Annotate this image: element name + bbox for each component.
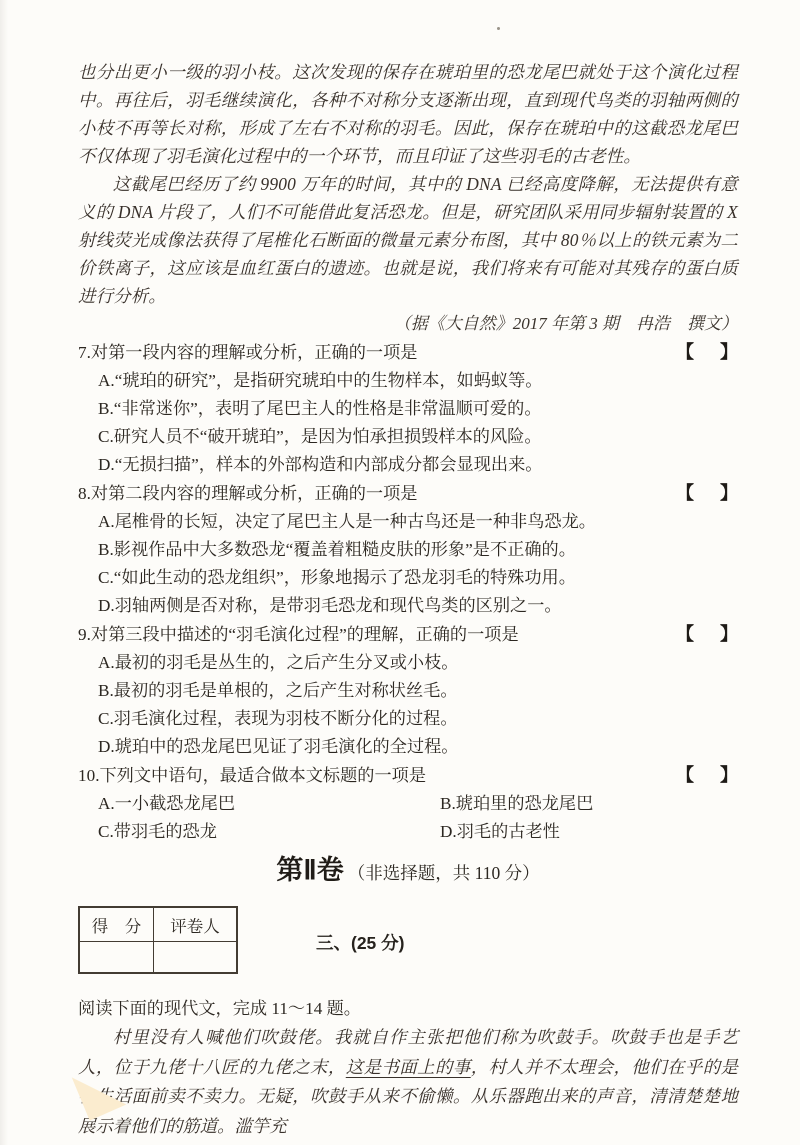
score-value-cell (79, 942, 154, 974)
passage-paragraph-1: 也分出更小一级的羽小枝。这次发现的保存在琥珀里的恐龙尾巴就处于这个演化过程中。再… (78, 58, 738, 170)
bracket-close: 】 (720, 765, 738, 785)
question-7-option-d: D.“无损扫描”，样本的外部构造和内部成分都会显现出来。 (78, 451, 738, 479)
passage-paragraph-2: 这截尾巴经历了约 9900 万年的时间，其中的 DNA 已经高度降解，无法提供有… (78, 170, 738, 310)
reading-2-instruction: 阅读下面的现代文，完成 11～14 题。 (78, 994, 738, 1023)
question-7-option-b: B.“非常迷你”，表明了尾巴主人的性格是非常温顺可爱的。 (78, 395, 738, 423)
question-10-option-b: B.琥珀里的恐龙尾巴 (420, 790, 738, 818)
section-2-title-main: 第Ⅱ卷 (276, 855, 343, 885)
scan-speck (446, 146, 448, 148)
answer-bracket: 【】 (676, 338, 738, 366)
bracket-open: 【 (676, 342, 694, 362)
question-9: 9.对第三段中描述的“羽毛演化过程”的理解，正确的一项是 【】 A.最初的羽毛是… (78, 620, 738, 761)
score-table: 得 分 评卷人 (78, 906, 238, 974)
answer-bracket: 【】 (676, 761, 738, 789)
grader-label-cell: 评卷人 (154, 907, 238, 942)
question-7-option-a: A.“琥珀的研究”，是指研究琥珀中的生物样本，如蚂蚁等。 (78, 367, 738, 395)
grader-value-cell (154, 942, 238, 974)
score-label-cell: 得 分 (79, 907, 154, 942)
part-3-label: 三、(25 分) (316, 930, 404, 955)
bracket-open: 【 (676, 624, 694, 644)
question-10-stem: 10.下列文中语句，最适合做本文标题的一项是 (78, 762, 676, 790)
question-10: 10.下列文中语句，最适合做本文标题的一项是 【】 A.一小截恐龙尾巴 B.琥珀… (78, 761, 738, 846)
question-8-stem-row: 8.对第二段内容的理解或分析，正确的一项是 【】 (78, 479, 738, 508)
reading-2-paragraph: 村里没有人喊他们吹鼓佬。我就自作主张把他们称为吹鼓手。吹鼓手也是手艺人，位于九佬… (78, 1023, 738, 1141)
question-9-option-b: B.最初的羽毛是单根的，之后产生对称状丝毛。 (78, 677, 738, 705)
question-7-stem-row: 7.对第一段内容的理解或分析，正确的一项是 【】 (78, 338, 738, 367)
section-2-heading: 第Ⅱ卷（非选择题，共 110 分） (78, 852, 738, 892)
score-table-empty-row (79, 942, 237, 974)
answer-bracket: 【】 (676, 479, 738, 507)
bracket-close: 】 (720, 342, 738, 362)
exam-paper-page: 也分出更小一级的羽小枝。这次发现的保存在琥珀里的恐龙尾巴就处于这个演化过程中。再… (0, 0, 800, 1145)
question-10-option-a: A.一小截恐龙尾巴 (78, 790, 420, 818)
question-9-stem-row: 9.对第三段中描述的“羽毛演化过程”的理解，正确的一项是 【】 (78, 620, 738, 649)
question-8-option-b: B.影视作品中大多数恐龙“覆盖着粗糙皮肤的形象”是不正确的。 (78, 536, 738, 564)
question-9-option-a: A.最初的羽毛是丛生的，之后产生分叉或小枝。 (78, 649, 738, 677)
question-8-option-c: C.“如此生动的恐龙组织”，形象地揭示了恐龙羽毛的特殊功用。 (78, 564, 738, 592)
question-7-option-c: C.研究人员不“破开琥珀”，是因为怕承担损毁样本的风险。 (78, 423, 738, 451)
question-10-option-d: D.羽毛的古老性 (420, 818, 738, 846)
question-9-stem: 9.对第三段中描述的“羽毛演化过程”的理解，正确的一项是 (78, 621, 676, 649)
score-table-header-row: 得 分 评卷人 (79, 907, 237, 942)
scan-speck (497, 27, 500, 30)
bracket-close: 】 (720, 624, 738, 644)
question-8-option-a: A.尾椎骨的长短，决定了尾巴主人是一种古鸟还是一种非鸟恐龙。 (78, 508, 738, 536)
question-9-option-c: C.羽毛演化过程，表现为羽枝不断分化的过程。 (78, 705, 738, 733)
score-box-row: 得 分 评卷人 三、(25 分) (78, 906, 738, 974)
bracket-open: 【 (676, 483, 694, 503)
question-9-option-d: D.琥珀中的恐龙尾巴见证了羽毛演化的全过程。 (78, 733, 738, 761)
question-7: 7.对第一段内容的理解或分析，正确的一项是 【】 A.“琥珀的研究”，是指研究琥… (78, 338, 738, 479)
question-8-stem: 8.对第二段内容的理解或分析，正确的一项是 (78, 480, 676, 508)
question-10-options: A.一小截恐龙尾巴 B.琥珀里的恐龙尾巴 C.带羽毛的恐龙 D.羽毛的古老性 (78, 790, 738, 846)
bracket-close: 】 (720, 483, 738, 503)
reading-2-underlined-phrase: 这是书面上的事 (346, 1057, 471, 1077)
bracket-open: 【 (676, 765, 694, 785)
page-content: 也分出更小一级的羽小枝。这次发现的保存在琥珀里的恐龙尾巴就处于这个演化过程中。再… (78, 58, 738, 1141)
question-10-option-c: C.带羽毛的恐龙 (78, 818, 420, 846)
passage-attribution: （据《大自然》2017 年第 3 期 冉浩 撰文） (78, 310, 738, 338)
question-7-stem: 7.对第一段内容的理解或分析，正确的一项是 (78, 339, 676, 367)
section-2-title-sub: （非选择题，共 110 分） (348, 863, 540, 883)
question-8-option-d: D.羽轴两侧是否对称，是带羽毛恐龙和现代鸟类的区别之一。 (78, 592, 738, 620)
question-10-stem-row: 10.下列文中语句，最适合做本文标题的一项是 【】 (78, 761, 738, 790)
answer-bracket: 【】 (676, 620, 738, 648)
question-8: 8.对第二段内容的理解或分析，正确的一项是 【】 A.尾椎骨的长短，决定了尾巴主… (78, 479, 738, 620)
